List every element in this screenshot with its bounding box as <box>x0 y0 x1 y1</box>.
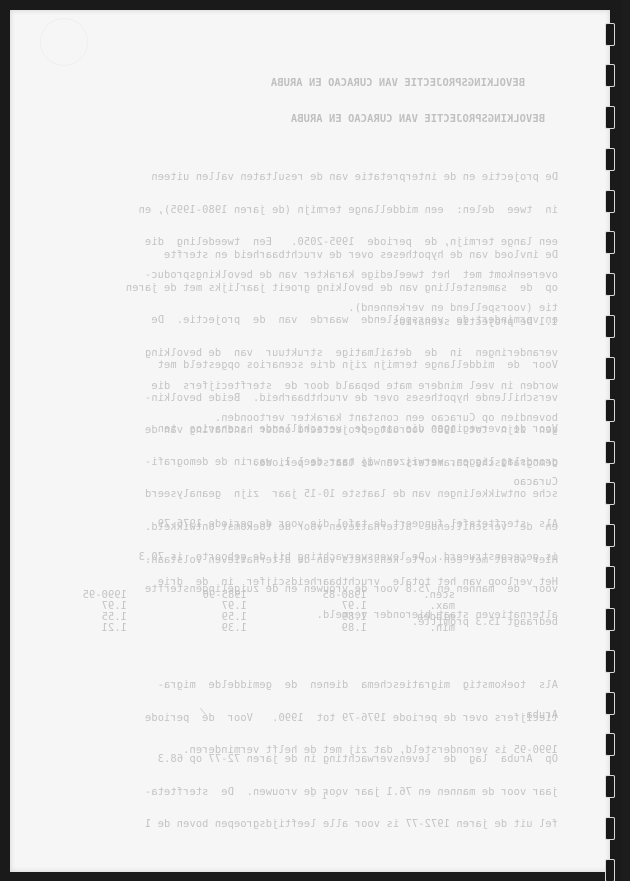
binding-hole <box>606 651 614 672</box>
subheading-aruba: Aruba <box>526 710 558 721</box>
binding-hole <box>606 567 614 588</box>
binding-hole <box>606 232 614 253</box>
binding-hole <box>606 191 614 212</box>
bleed-through-text: BEVOLKINGSPROJECTIE VAN CURACAO EN ARUBA… <box>10 10 610 872</box>
binding-hole <box>606 149 614 170</box>
binding-hole <box>606 609 614 630</box>
paragraph-8: Op Aruba lag de levensverwachting in de … <box>145 732 558 852</box>
title-line-2: BEVOLKINGSPROJECTIE VAN CURACAO EN ARUBA <box>291 114 545 125</box>
section-heading: 1.1 De projectie scenarios <box>393 317 558 328</box>
binding-hole <box>606 442 614 463</box>
binding-hole <box>606 316 614 337</box>
subheading-curacao: Curacao <box>514 477 559 488</box>
title-line-1: BEVOLKINGSPROJECTIE VAN CURACAO EN ARUBA <box>271 78 525 89</box>
binding-hole <box>606 525 614 546</box>
page-number: - 1 - <box>309 792 340 803</box>
scanner-border <box>622 0 630 881</box>
binding-hole <box>606 107 614 128</box>
binding-hole <box>606 358 614 379</box>
binding-hole <box>606 734 614 755</box>
binding-hole <box>606 274 614 295</box>
binding-hole <box>606 400 614 421</box>
binding-hole <box>606 860 614 881</box>
binding-holes <box>606 24 616 881</box>
scanned-page: BEVOLKINGSPROJECTIE VAN CURACAO EN ARUBA… <box>10 10 610 872</box>
binding-hole <box>606 693 614 714</box>
binding-hole <box>606 24 614 45</box>
binding-hole <box>606 65 614 86</box>
table-row: min. 1.89 1.39 1.21 <box>47 623 455 634</box>
binding-hole <box>606 483 614 504</box>
binding-hole <box>606 776 614 797</box>
fertility-table: scen. 1980-85 1985-90 1990-95 max. 1.97 … <box>47 590 455 634</box>
binding-hole <box>606 818 614 839</box>
